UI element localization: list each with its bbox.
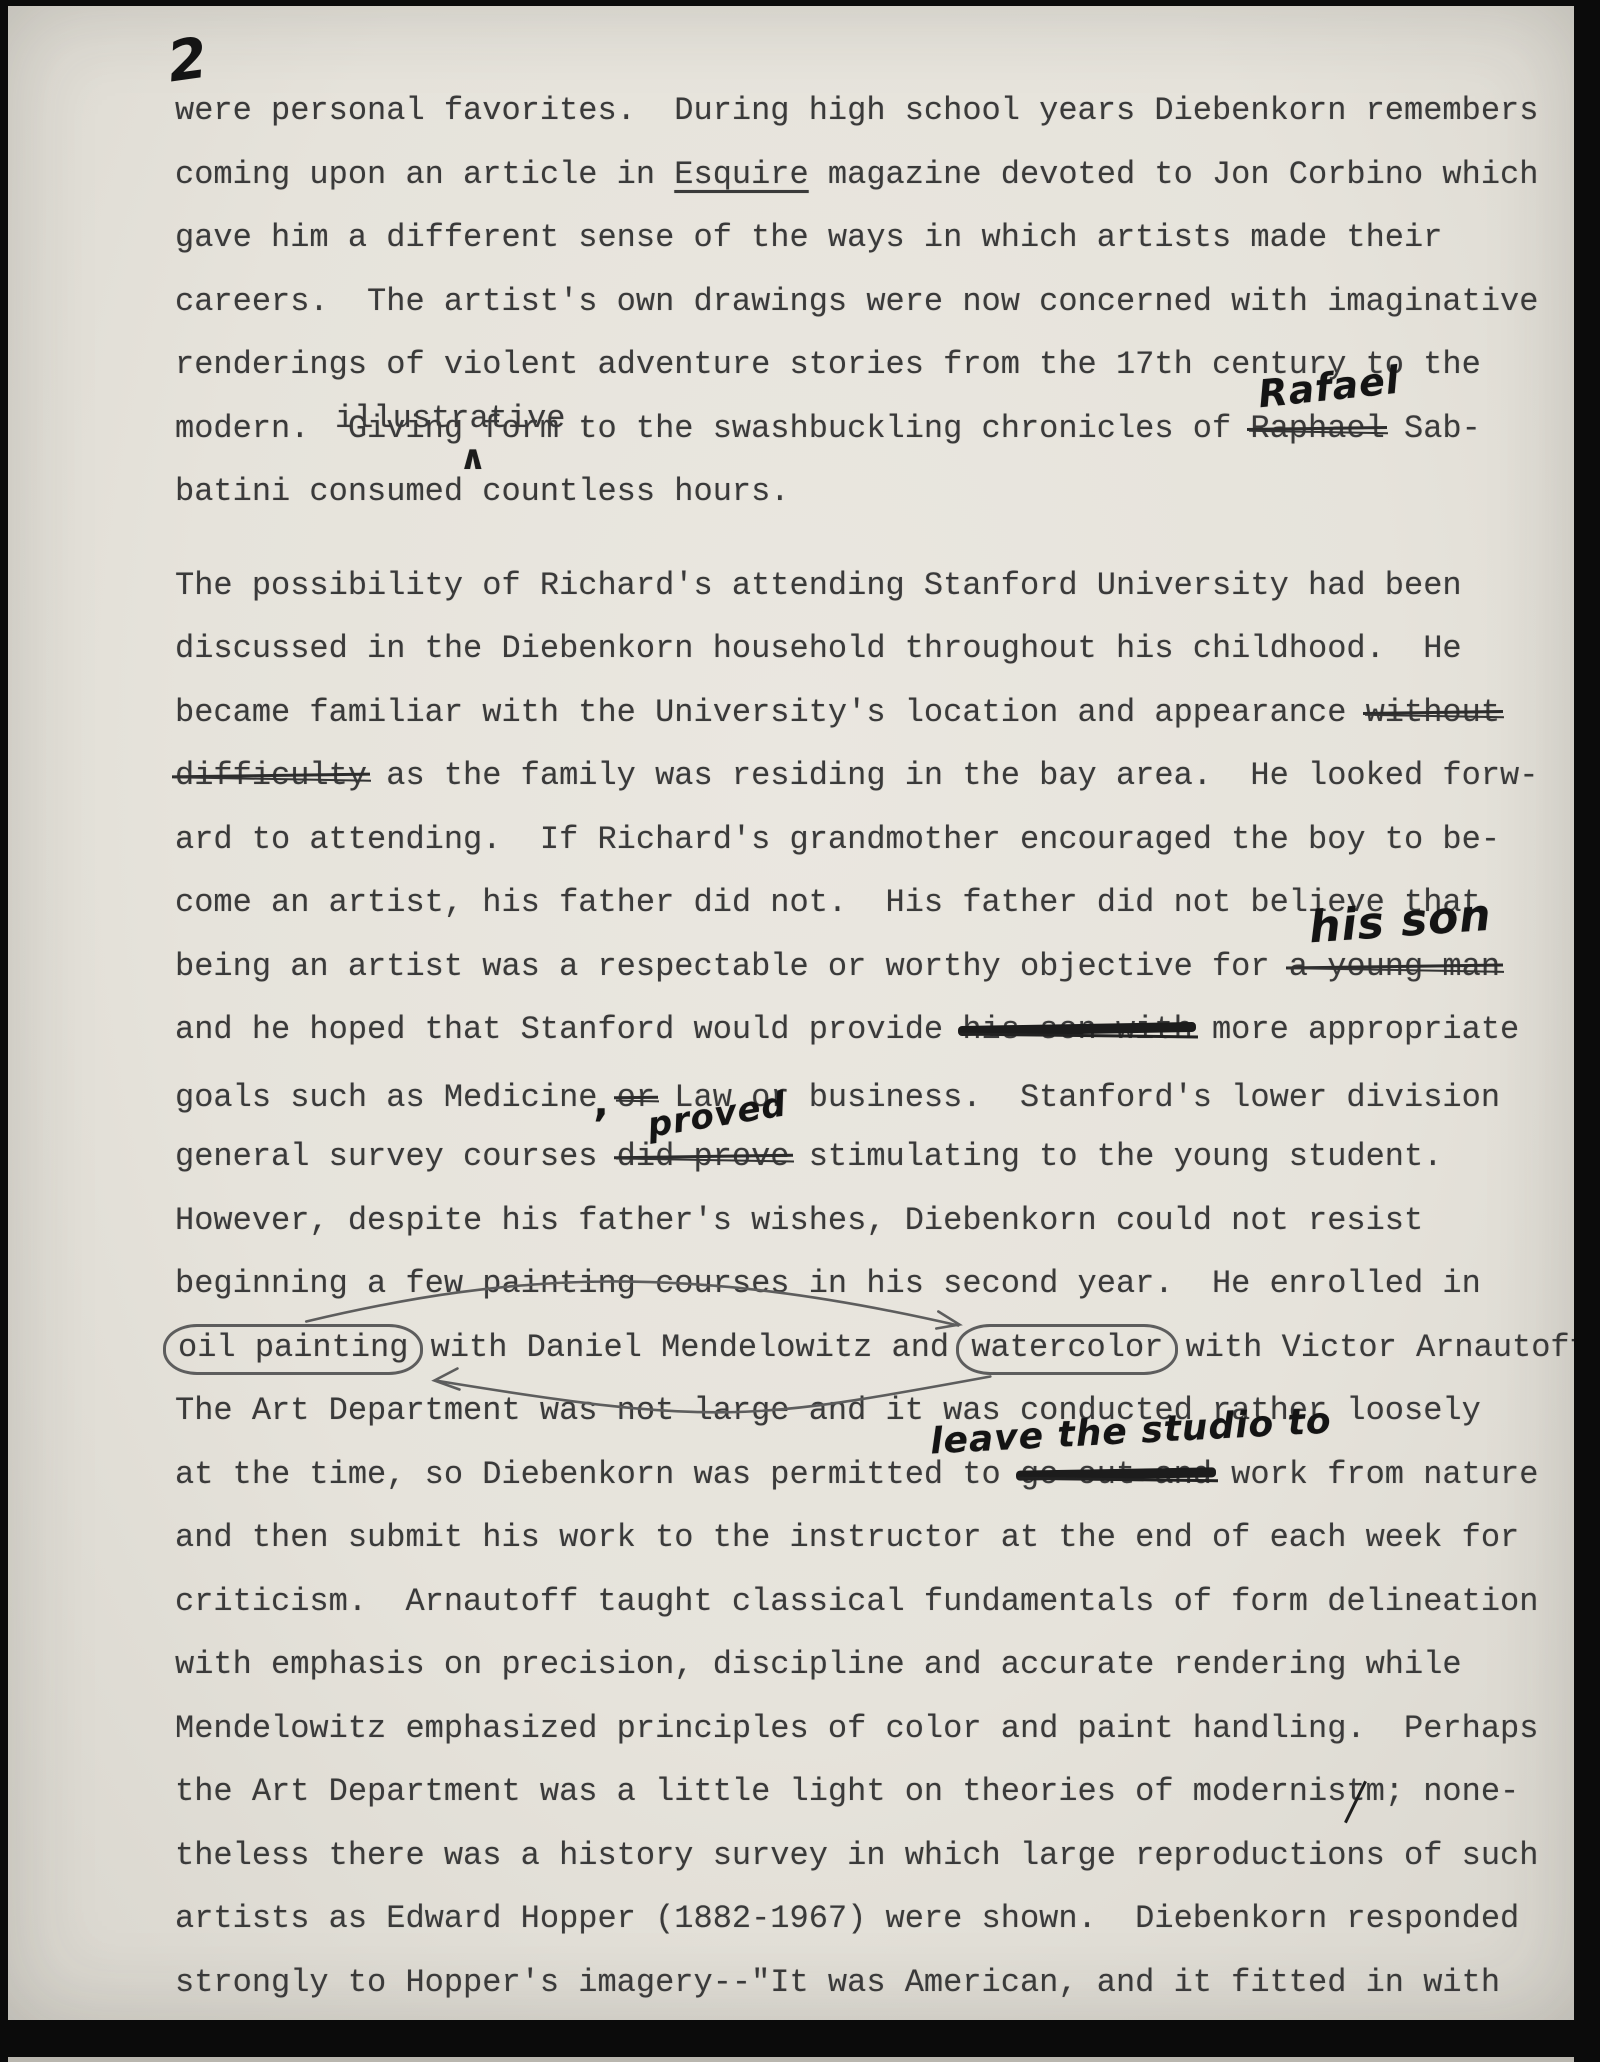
text-line: Mendelowitz emphasized principles of col… bbox=[175, 1697, 1564, 1761]
text-run: with Daniel Mendelowitz and bbox=[411, 1329, 968, 1366]
text-run: became familiar with the University's lo… bbox=[175, 694, 1366, 731]
text-run: magazine devoted to Jon Corbino which bbox=[809, 156, 1539, 193]
text-run: However, despite his father's wishes, Di… bbox=[175, 1202, 1423, 1239]
text-line: artists as Edward Hopper (1882-1967) wer… bbox=[175, 1887, 1564, 1951]
text-run: at the time, so Diebenkorn was permitted… bbox=[175, 1456, 1020, 1493]
text-line: criticism. Arnautoff taught classical fu… bbox=[175, 1570, 1564, 1634]
text-line: gave him a different sense of the ways i… bbox=[175, 206, 1564, 270]
scan-edge bbox=[8, 2057, 1574, 2062]
paragraph: were personal favorites. During high sch… bbox=[175, 79, 1564, 524]
struck-text: RaphaelRafael bbox=[1250, 410, 1384, 447]
text-line: difficulty as the family was residing in… bbox=[175, 744, 1564, 808]
struck-text: a young manhis son bbox=[1289, 948, 1500, 985]
text-run: gave him a different sense of the ways i… bbox=[175, 219, 1442, 256]
text-run: work from nature bbox=[1212, 1456, 1538, 1493]
text-run: artists as Edward Hopper (1882-1967) wer… bbox=[175, 1900, 1519, 1937]
text-line: modern. Givingillustrative∧ form to the … bbox=[175, 397, 1564, 461]
circled-word: watercolor bbox=[956, 1324, 1178, 1375]
text-run: form to the swashbuckling chronicles of bbox=[463, 410, 1250, 447]
text-run: and he hoped that Stanford would provide bbox=[175, 1011, 962, 1048]
text-run: with emphasis on precision, discipline a… bbox=[175, 1646, 1462, 1683]
text-run: theless there was a history survey in wh… bbox=[175, 1837, 1538, 1874]
text-run: as the family was residing in the bay ar… bbox=[367, 757, 1538, 794]
struck-text: difficulty bbox=[175, 757, 367, 794]
text-line: The possibility of Richard's attending S… bbox=[175, 554, 1564, 618]
text-run: strongly to Hopper's imagery--"It was Am… bbox=[175, 1964, 1500, 2001]
text-line: with emphasis on precision, discipline a… bbox=[175, 1633, 1564, 1697]
text-line: oil painting with Daniel Mendelowitz and… bbox=[175, 1316, 1564, 1380]
text-line: ard to attending. If Richard's grandmoth… bbox=[175, 808, 1564, 872]
text-run: batini consumed countless hours. bbox=[175, 473, 790, 510]
text-line: coming upon an article in Esquire magazi… bbox=[175, 143, 1564, 207]
struck-text: go out andleave the studio to bbox=[1020, 1456, 1212, 1493]
text-line: goals such as Medicine, or Law or busine… bbox=[175, 1062, 1564, 1126]
text-line: general survey courses did proveproved s… bbox=[175, 1125, 1564, 1189]
struck-text: his son with bbox=[962, 1011, 1192, 1048]
text-line: were personal favorites. During high sch… bbox=[175, 79, 1564, 143]
text-run: stimulating to the young student. bbox=[790, 1138, 1443, 1175]
text-run: Mendelowitz emphasized principles of col… bbox=[175, 1710, 1538, 1747]
text-line: became familiar with the University's lo… bbox=[175, 681, 1564, 745]
text-run: the Art Department was a little light on… bbox=[175, 1773, 1346, 1810]
text-run: criticism. Arnautoff taught classical fu… bbox=[175, 1583, 1538, 1620]
text-run: careers. The artist's own drawings were … bbox=[175, 283, 1538, 320]
text-line: the Art Department was a little light on… bbox=[175, 1760, 1564, 1824]
text-run: discussed in the Diebenkorn household th… bbox=[175, 630, 1462, 667]
text-run: t bbox=[1346, 1773, 1365, 1810]
text-run: being an artist was a respectable or wor… bbox=[175, 948, 1289, 985]
scanned-typescript: { "page": { "number": "2" }, "colors": {… bbox=[0, 0, 1600, 2062]
text-line: discussed in the Diebenkorn household th… bbox=[175, 617, 1564, 681]
paragraph: The possibility of Richard's attending S… bbox=[175, 554, 1564, 2015]
text-run: with Victor Arnautoff bbox=[1166, 1329, 1574, 1366]
text-run: more appropriate bbox=[1193, 1011, 1519, 1048]
text-run: The possibility of Richard's attending S… bbox=[175, 567, 1462, 604]
text-run: general survey courses bbox=[175, 1138, 617, 1175]
text-run: were personal favorites. During high sch… bbox=[175, 92, 1538, 129]
circled-word: oil painting bbox=[163, 1324, 423, 1375]
text-run: and then submit his work to the instruct… bbox=[175, 1519, 1519, 1556]
text-line: batini consumed countless hours. bbox=[175, 460, 1564, 524]
text-run: Esquire bbox=[674, 156, 808, 193]
text-line: theless there was a history survey in wh… bbox=[175, 1824, 1564, 1888]
text-run: Sab- bbox=[1385, 410, 1481, 447]
text-run: ard to attending. If Richard's grandmoth… bbox=[175, 821, 1500, 858]
text-line: The Art Department was not large and it … bbox=[175, 1379, 1564, 1443]
typescript-text: were personal favorites. During high sch… bbox=[175, 79, 1564, 2014]
text-line: However, despite his father's wishes, Di… bbox=[175, 1189, 1564, 1253]
struck-text: without bbox=[1366, 694, 1500, 731]
text-line: beginning a few painting courses in his … bbox=[175, 1252, 1564, 1316]
text-line: strongly to Hopper's imagery--"It was Am… bbox=[175, 1951, 1564, 2015]
typed-insertion: illustrative bbox=[335, 403, 565, 435]
text-run: beginning a few painting courses in his … bbox=[175, 1265, 1481, 1302]
struck-text: did proveproved bbox=[617, 1138, 790, 1175]
text-line: and he hoped that Stanford would provide… bbox=[175, 998, 1564, 1062]
text-line: and then submit his work to the instruct… bbox=[175, 1506, 1564, 1570]
text-line: being an artist was a respectable or wor… bbox=[175, 935, 1564, 999]
text-run: goals such as Medicine bbox=[175, 1079, 597, 1116]
text-run: m; none- bbox=[1366, 1773, 1520, 1810]
text-run: come an artist, his father did not. His … bbox=[175, 884, 1481, 921]
text-run: coming upon an article in bbox=[175, 156, 674, 193]
text-line: careers. The artist's own drawings were … bbox=[175, 270, 1564, 334]
typescript-page: 2 were personal favorites. During high s… bbox=[8, 6, 1574, 2020]
handwritten-correction: his son bbox=[1307, 893, 1492, 950]
text-line: at the time, so Diebenkorn was permitted… bbox=[175, 1443, 1564, 1507]
